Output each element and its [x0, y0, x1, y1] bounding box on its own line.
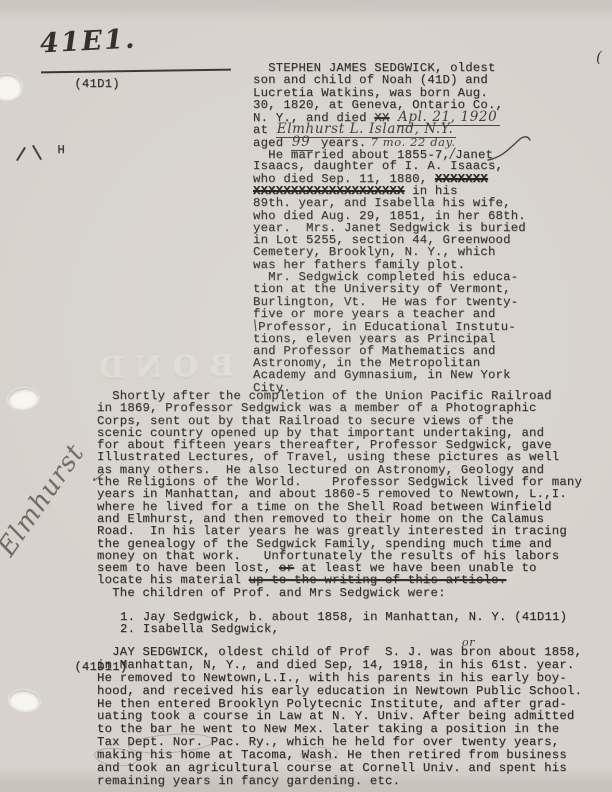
text-line: five or more years a teacher and	[253, 308, 526, 320]
born-correction-note: or	[462, 636, 475, 649]
h-mark-text: H	[57, 143, 65, 157]
paper-watermark: BOND	[88, 349, 235, 386]
pen-caret-stroke-left	[16, 147, 26, 162]
text-segment: He removed to Newtown,L.I., with his par…	[97, 671, 567, 685]
margin-h-mark: H	[27, 129, 65, 171]
text-line: aged 99 years. 7 mo. 22 day.	[253, 136, 526, 148]
text-segment: remaining years in fancy gardening. etc.	[97, 774, 400, 788]
text-segment: and took an agricultural course at Corne…	[97, 761, 567, 775]
text-segment: Academy and Gymnasium, in New York	[253, 368, 511, 382]
pen-flourish	[486, 134, 532, 162]
jay-paragraph: JAY SEDGWICK, oldest child of Prof S. J.…	[97, 646, 582, 788]
text-line: remaining years in fancy gardening. etc.	[97, 775, 582, 788]
document-page: BOND 41E1. (41D1) H Elmhurst ✓ ( STEPHEN…	[0, 0, 612, 792]
text-segment: JAY SEDGWICK, oldest child of Prof S. J.…	[97, 645, 582, 659]
text-line: The children of Prof. and Mrs Sedgwick w…	[97, 587, 582, 599]
handwritten-id-41e1: 41E1.	[39, 24, 137, 60]
intro-paragraph: STEPHEN JAMES SEDGWICK, oldestson and ch…	[253, 62, 526, 394]
hole-punch-bottom	[8, 688, 41, 712]
text-segment: hood, and received his early education i…	[97, 684, 582, 698]
text-line: 2. Isabella Sedgwick,	[120, 623, 567, 635]
text-segment: He then entered Brooklyn Polytecnic Inst…	[97, 697, 567, 711]
pen-paren-mark: (	[596, 48, 602, 66]
struck-id-text: (41D1)	[74, 77, 119, 91]
text-segment: 7 mo. 22 day.	[366, 135, 455, 149]
text-line: Academy and Gymnasium, in New York	[253, 369, 526, 381]
struck-id-41d1: (41D1)	[44, 63, 120, 105]
hole-punch-top	[0, 74, 22, 100]
text-segment: five or more years a teacher and	[253, 307, 496, 321]
main-paragraph: Shortly after the completion of the Unio…	[97, 390, 582, 599]
margin-elmhurst-note: Elmhurst	[0, 438, 91, 561]
hole-punch-middle	[7, 386, 41, 411]
text-segment: The children of Prof. and Mrs Sedgwick w…	[97, 586, 446, 600]
children-list: 1. Jay Sedgwick, b. about 1858, in Manha…	[120, 611, 567, 636]
text-segment: 2. Isabella Sedgwick,	[120, 622, 279, 636]
text-segment: in Manhattan, N, Y., and died Sep, 14, 1…	[97, 658, 575, 672]
text-segment: uating took a course in Law at N. Y. Uni…	[97, 709, 575, 723]
